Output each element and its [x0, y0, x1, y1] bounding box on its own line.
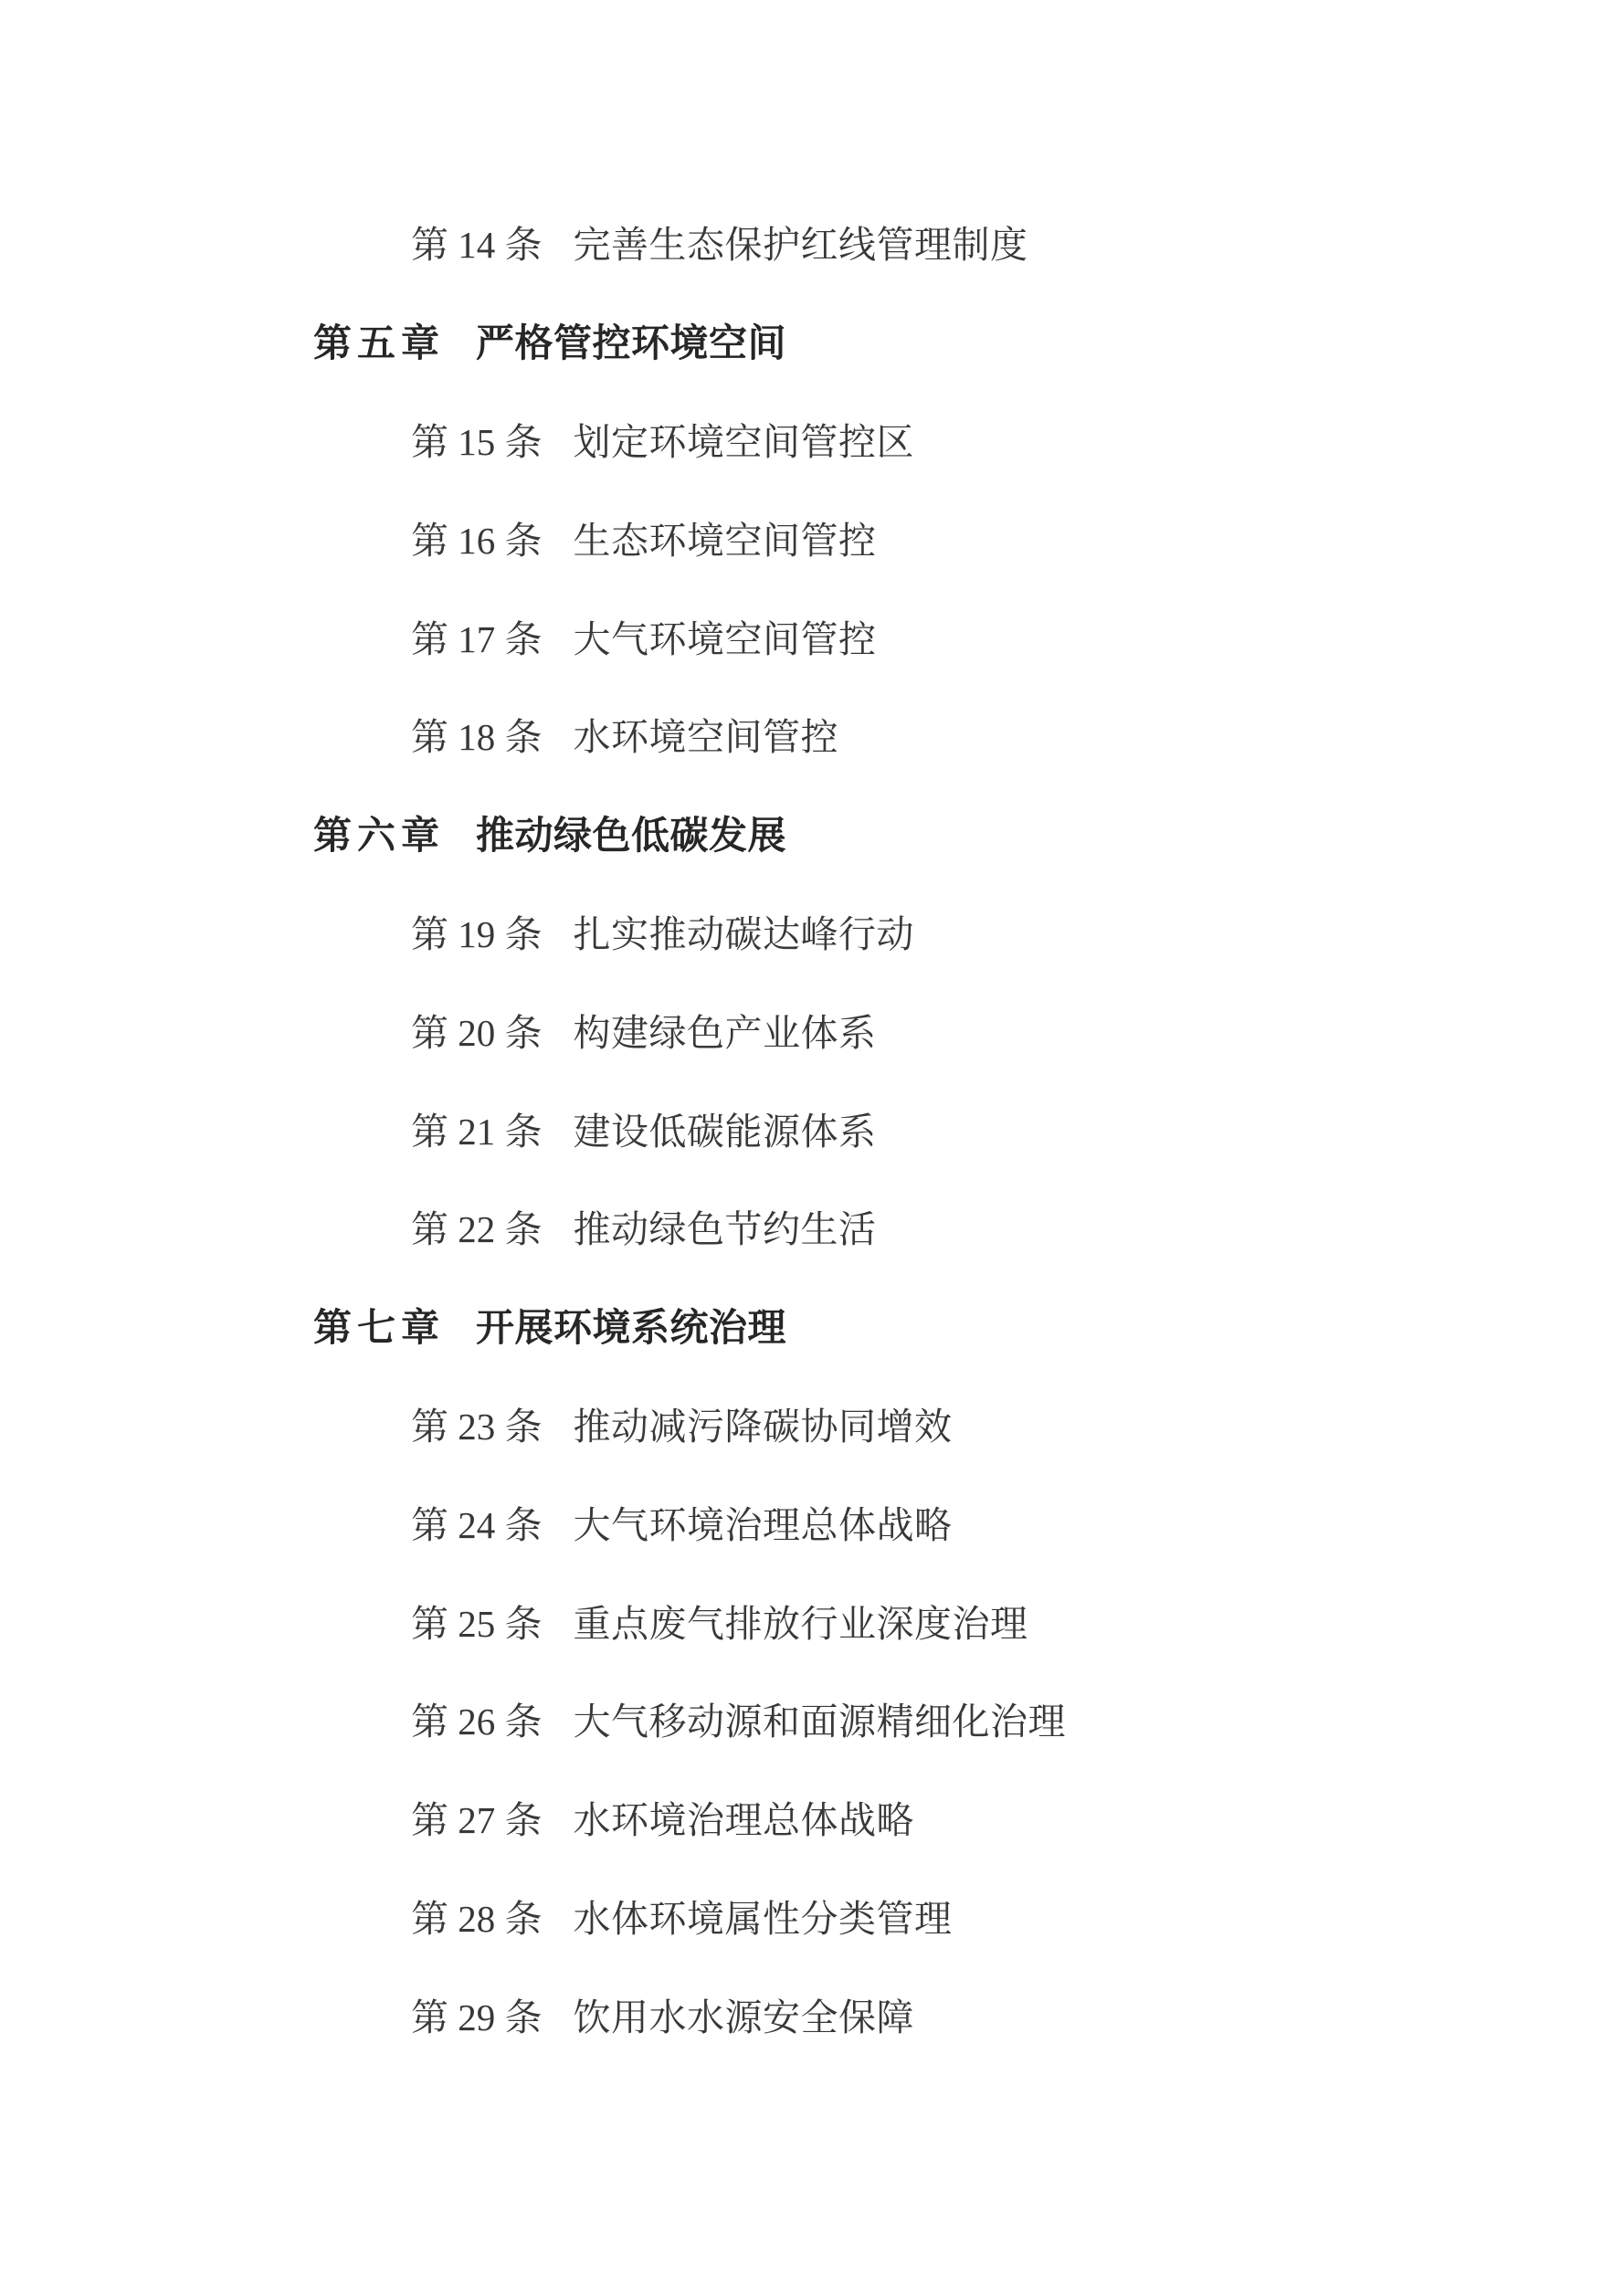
- article-title: 大气移动源和面源精细化治理: [574, 1691, 1067, 1745]
- article-title: 建设低碳能源体系: [574, 1101, 877, 1155]
- label-title-gap: [543, 2014, 574, 2015]
- label-title-gap: [445, 1324, 476, 1325]
- article-title: 划定环境空间管控区: [574, 412, 915, 466]
- article-number-label: 第 26 条: [411, 1691, 543, 1745]
- label-title-gap: [543, 1128, 574, 1129]
- article-number-label: 第 14 条: [411, 215, 543, 269]
- article-title: 大气环境空间管控: [574, 609, 877, 663]
- toc-article-entry: 第 25 条重点废气排放行业深度治理: [0, 1571, 1623, 1669]
- label-title-gap: [543, 1029, 574, 1030]
- article-title: 生态环境空间管控: [574, 511, 877, 564]
- toc-article-entry: 第 15 条划定环境空间管控区: [0, 390, 1623, 489]
- article-title: 重点废气排放行业深度治理: [574, 1594, 1028, 1648]
- label-title-gap: [543, 438, 574, 439]
- table-of-contents: 第 14 条完善生态保护红线管理制度第五章严格管控环境空间第 15 条划定环境空…: [0, 193, 1623, 2063]
- article-number-label: 第 27 条: [411, 1790, 543, 1844]
- toc-article-entry: 第 14 条完善生态保护红线管理制度: [0, 193, 1623, 291]
- article-title: 大气环境治理总体战略: [574, 1495, 953, 1549]
- article-title: 水环境空间管控: [574, 707, 839, 761]
- label-title-gap: [543, 733, 574, 734]
- chapter-title: 开展环境系统治理: [476, 1298, 786, 1353]
- toc-article-entry: 第 29 条饮用水水源安全保障: [0, 1964, 1623, 2063]
- chapter-number-label: 第七章: [313, 1298, 445, 1353]
- article-title: 推动绿色节约生活: [574, 1199, 877, 1253]
- article-number-label: 第 24 条: [411, 1495, 543, 1549]
- article-number-label: 第 16 条: [411, 511, 543, 564]
- label-title-gap: [445, 340, 476, 341]
- article-number-label: 第 23 条: [411, 1396, 543, 1450]
- label-title-gap: [543, 537, 574, 538]
- article-number-label: 第 21 条: [411, 1101, 543, 1155]
- label-title-gap: [543, 1423, 574, 1424]
- article-title: 水环境治理总体战略: [574, 1790, 915, 1844]
- toc-chapter-entry: 第七章开展环境系统治理: [0, 1276, 1623, 1374]
- toc-article-entry: 第 19 条扎实推动碳达峰行动: [0, 882, 1623, 981]
- label-title-gap: [543, 636, 574, 637]
- toc-article-entry: 第 24 条大气环境治理总体战略: [0, 1472, 1623, 1571]
- label-title-gap: [543, 1817, 574, 1817]
- article-number-label: 第 25 条: [411, 1594, 543, 1648]
- label-title-gap: [543, 1522, 574, 1522]
- toc-article-entry: 第 26 条大气移动源和面源精细化治理: [0, 1669, 1623, 1768]
- article-number-label: 第 15 条: [411, 412, 543, 466]
- toc-article-entry: 第 16 条生态环境空间管控: [0, 488, 1623, 586]
- article-title: 扎实推动碳达峰行动: [574, 904, 915, 958]
- label-title-gap: [543, 931, 574, 932]
- toc-article-entry: 第 28 条水体环境属性分类管理: [0, 1867, 1623, 1965]
- article-number-label: 第 29 条: [411, 1987, 543, 2041]
- article-title: 推动减污降碳协同增效: [574, 1396, 953, 1450]
- label-title-gap: [543, 1620, 574, 1621]
- toc-article-entry: 第 20 条构建绿色产业体系: [0, 980, 1623, 1079]
- article-title: 饮用水水源安全保障: [574, 1987, 915, 2041]
- toc-article-entry: 第 18 条水环境空间管控: [0, 685, 1623, 784]
- label-title-gap: [543, 1226, 574, 1227]
- article-number-label: 第 17 条: [411, 609, 543, 663]
- article-number-label: 第 22 条: [411, 1199, 543, 1253]
- label-title-gap: [543, 1718, 574, 1719]
- chapter-title: 严格管控环境空间: [476, 313, 786, 368]
- toc-article-entry: 第 21 条建设低碳能源体系: [0, 1079, 1623, 1177]
- article-title: 完善生态保护红线管理制度: [574, 215, 1028, 269]
- article-number-label: 第 28 条: [411, 1889, 543, 1943]
- toc-article-entry: 第 17 条大气环境空间管控: [0, 586, 1623, 685]
- toc-chapter-entry: 第六章推动绿色低碳发展: [0, 784, 1623, 882]
- toc-article-entry: 第 27 条水环境治理总体战略: [0, 1768, 1623, 1867]
- article-number-label: 第 20 条: [411, 1003, 543, 1057]
- article-number-label: 第 19 条: [411, 904, 543, 958]
- article-number-label: 第 18 条: [411, 707, 543, 761]
- chapter-number-label: 第五章: [313, 313, 445, 368]
- label-title-gap: [543, 241, 574, 242]
- article-title: 水体环境属性分类管理: [574, 1889, 953, 1943]
- toc-article-entry: 第 22 条推动绿色节约生活: [0, 1177, 1623, 1276]
- label-title-gap: [445, 832, 476, 833]
- toc-chapter-entry: 第五章严格管控环境空间: [0, 291, 1623, 390]
- toc-article-entry: 第 23 条推动减污降碳协同增效: [0, 1374, 1623, 1473]
- article-title: 构建绿色产业体系: [574, 1003, 877, 1057]
- document-page: 第 14 条完善生态保护红线管理制度第五章严格管控环境空间第 15 条划定环境空…: [0, 0, 1623, 2296]
- label-title-gap: [543, 1915, 574, 1916]
- chapter-number-label: 第六章: [313, 806, 445, 860]
- chapter-title: 推动绿色低碳发展: [476, 806, 786, 860]
